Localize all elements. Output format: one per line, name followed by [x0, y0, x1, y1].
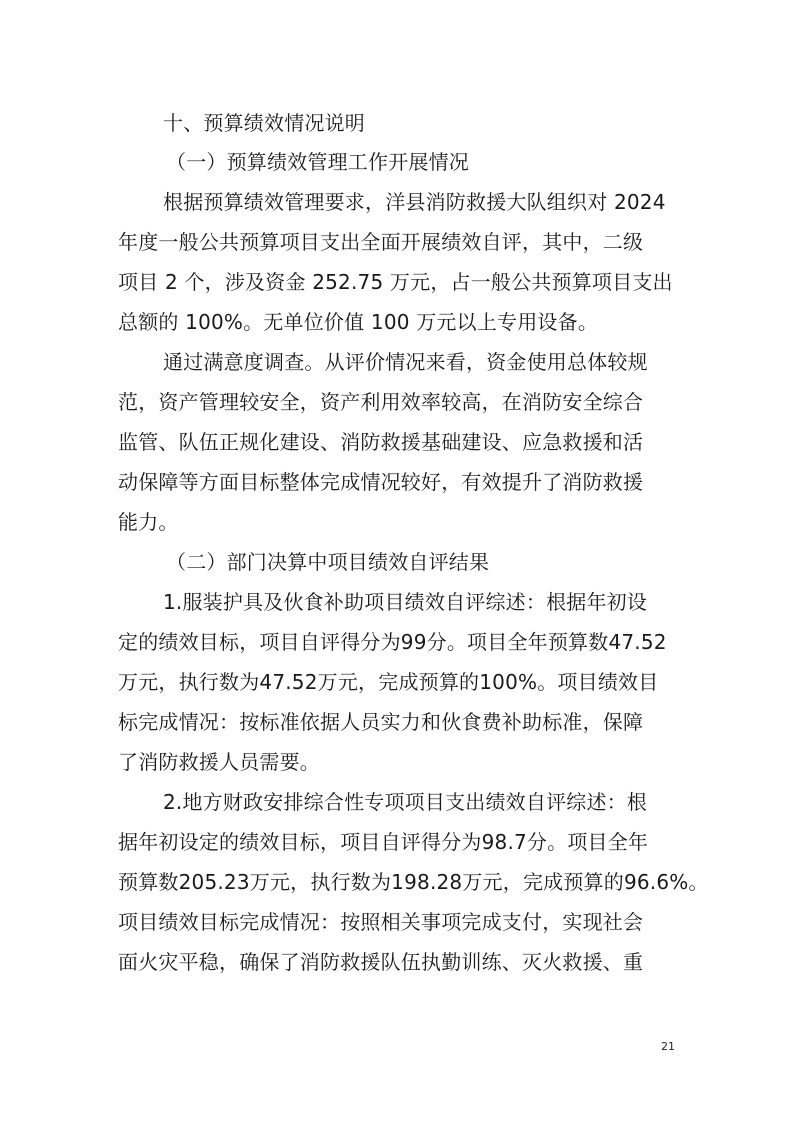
paragraph-line: 年度一般公共预算项目支出全面开展绩效自评，其中，二级 [118, 230, 643, 254]
section-heading: 十、预算绩效情况说明 [163, 111, 365, 135]
subsection-heading-1: （一）预算绩效管理工作开展情况 [166, 150, 469, 174]
paragraph-line: 据年初设定的绩效目标，项目自评得分为98.7分。项目全年 [118, 830, 648, 854]
paragraph-line: 根据预算绩效管理要求，洋县消防救援大队组织对 2024 [163, 190, 666, 214]
paragraph-line: 范，资产管理较安全，资产利用效率较高，在消防安全综合 [118, 390, 643, 414]
paragraph-line: 监管、队伍正规化建设、消防救援基础建设、应急救援和活 [118, 430, 643, 454]
paragraph-line: 1.服装护具及伙食补助项目绩效自评综述：根据年初设 [163, 590, 647, 614]
paragraph-line: 通过满意度调查。从评价情况来看，资金使用总体较规 [163, 350, 648, 374]
paragraph-line: 项目 2 个，涉及资金 252.75 万元，占一般公共预算项目支出 [118, 270, 673, 294]
paragraph-line: 项目绩效目标完成情况：按照相关事项完成支付，实现社会 [118, 910, 643, 934]
paragraph-line: 预算数205.23万元，执行数为198.28万元，完成预算的96.6%。 [118, 870, 709, 894]
paragraph-line: 标完成情况：按标准依据人员实力和伙食费补助标准，保障 [118, 710, 643, 734]
paragraph-line: 动保障等方面目标整体完成情况较好，有效提升了消防救援 [118, 470, 643, 494]
paragraph-line: 面火灾平稳，确保了消防救援队伍执勤训练、灭火救援、重 [118, 950, 643, 974]
page-number: 21 [661, 1040, 675, 1053]
paragraph-line: 2.地方财政安排综合性专项项目支出绩效自评综述：根 [163, 790, 647, 814]
subsection-heading-2: （二）部门决算中项目绩效自评结果 [166, 550, 489, 574]
paragraph-line: 能力。 [118, 510, 179, 534]
paragraph-line: 万元，执行数为47.52万元，完成预算的100%。项目绩效目 [118, 670, 658, 694]
document-page: 十、预算绩效情况说明 （一）预算绩效管理工作开展情况 根据预算绩效管理要求，洋县… [0, 0, 793, 1122]
paragraph-line: 定的绩效目标，项目自评得分为99分。项目全年预算数47.52 [118, 630, 667, 654]
paragraph-line: 了消防救援人员需要。 [118, 750, 320, 774]
paragraph-line: 总额的 100%。无单位价值 100 万元以上专用设备。 [118, 310, 598, 334]
